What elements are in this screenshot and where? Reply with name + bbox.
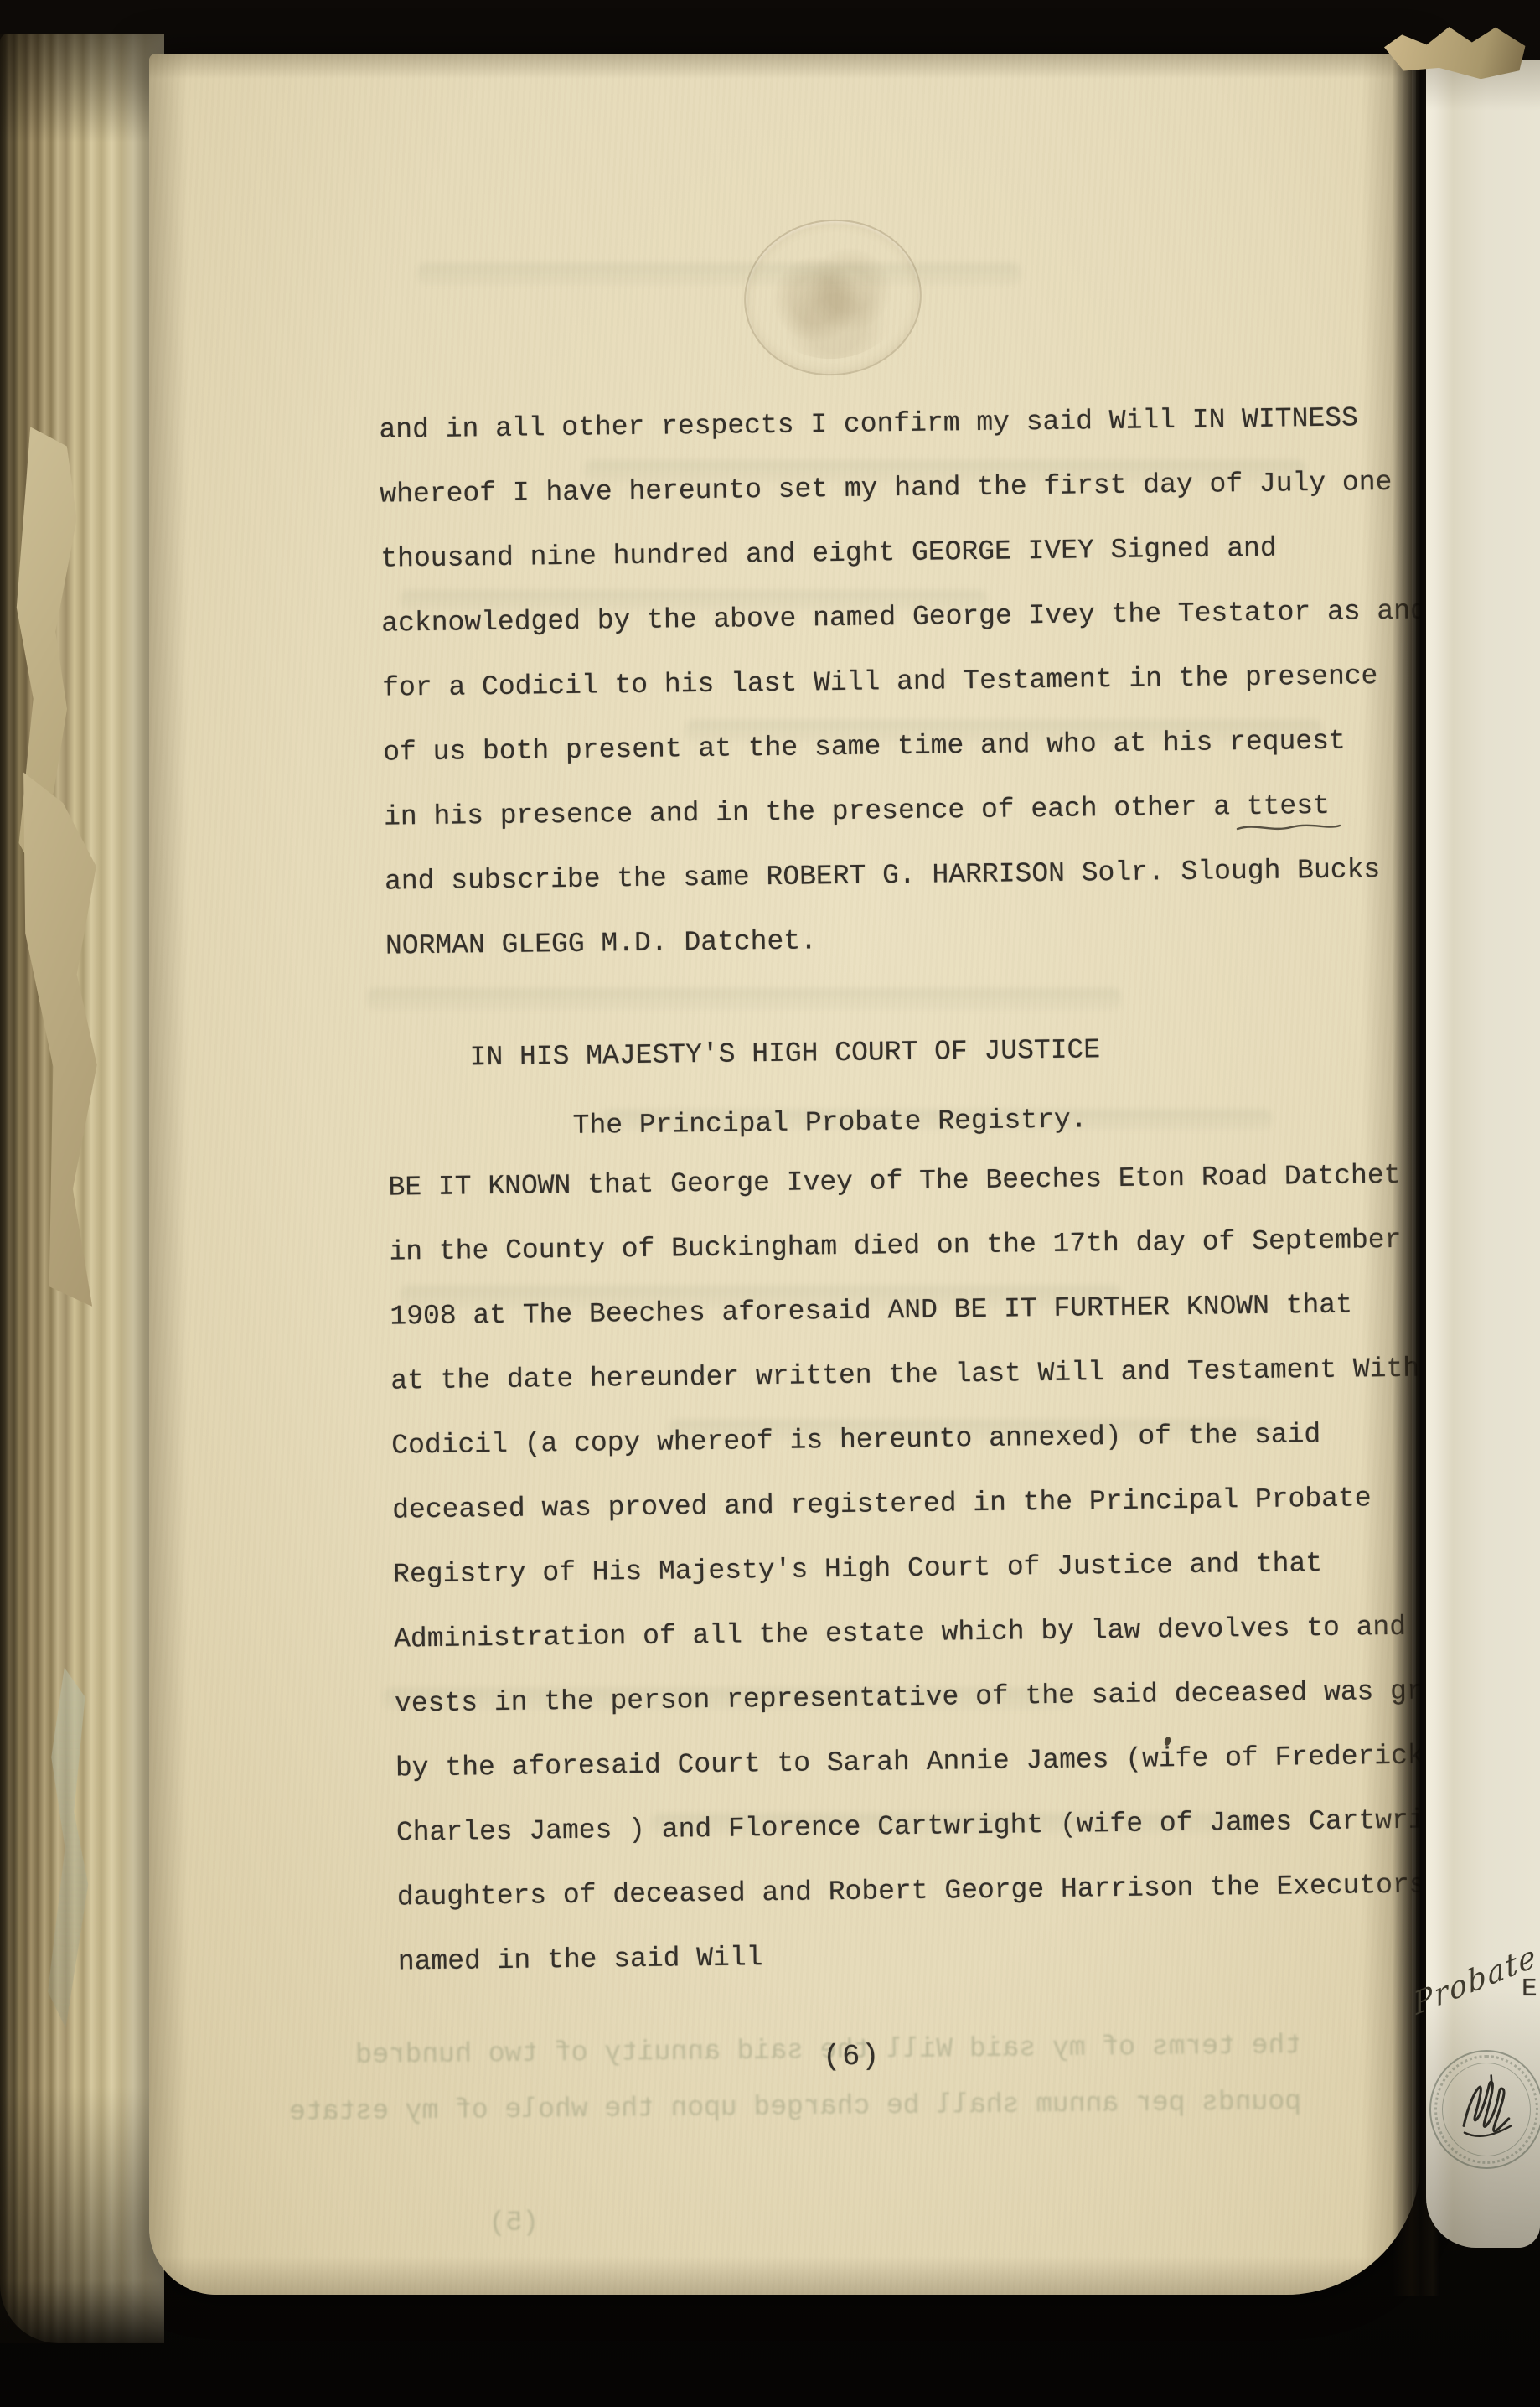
next-page-edge bbox=[1426, 60, 1540, 2248]
text-line: at the date hereunder written the last W… bbox=[390, 1336, 1420, 1413]
scanned-will-page-photo: the terms of my said Will the said annui… bbox=[0, 0, 1540, 2407]
torn-paper-bit bbox=[39, 1667, 101, 2029]
text-line: in the County of Buckingham died on the … bbox=[389, 1207, 1420, 1284]
typed-letter-fragment: E bbox=[1522, 1975, 1537, 2004]
circular-ink-stamp bbox=[1429, 2050, 1540, 2169]
text-line: BE IT KNOWN that George Ivey of The Beec… bbox=[388, 1142, 1420, 1219]
text-line: Registry of His Majesty's High Court of … bbox=[393, 1530, 1420, 1607]
text-line: Charles James ) and Florence Cartwright … bbox=[395, 1788, 1420, 1865]
text-line: named in the said Will bbox=[397, 1917, 1420, 1994]
text-line: 1908 at The Beeches aforesaid AND BE IT … bbox=[390, 1271, 1420, 1348]
text-line: and subscribe the same ROBERT G. HARRISO… bbox=[385, 836, 1420, 914]
typed-text-layer: and in all other respects I confirm my s… bbox=[149, 54, 1420, 2295]
text-line: daughters of deceased and Robert George … bbox=[396, 1852, 1420, 1929]
text-line: NORMAN GLEGG M.D. Datchet. bbox=[385, 901, 1420, 978]
left-page-edges-stack bbox=[0, 34, 164, 2343]
handwritten-underline-mark bbox=[1234, 821, 1343, 833]
page-number: (6) bbox=[823, 2040, 881, 2074]
court-heading: IN HIS MAJESTY'S HIGH COURT OF JUSTICE bbox=[469, 1015, 1100, 1092]
text-line: Codicil (a copy whereof is hereunto anne… bbox=[391, 1400, 1420, 1478]
text-line: Administration of all the estate which b… bbox=[394, 1594, 1420, 1671]
torn-paper-bit bbox=[16, 770, 111, 1309]
torn-paper-bit bbox=[3, 427, 80, 881]
text-line: by the aforesaid Court to Sarah Annie Ja… bbox=[395, 1723, 1420, 1800]
stamp-signature-scrawl bbox=[1437, 2058, 1536, 2161]
text-line: vests in the person representative of th… bbox=[395, 1659, 1420, 1736]
text-line: deceased was proved and registered in th… bbox=[392, 1465, 1420, 1542]
main-page: the terms of my said Will the said annui… bbox=[149, 54, 1420, 2295]
probate-grant-paragraph: BE IT KNOWN that George Ivey of The Beec… bbox=[388, 1142, 1420, 1994]
codicil-attestation-paragraph: and in all other respects I confirm my s… bbox=[379, 385, 1420, 978]
